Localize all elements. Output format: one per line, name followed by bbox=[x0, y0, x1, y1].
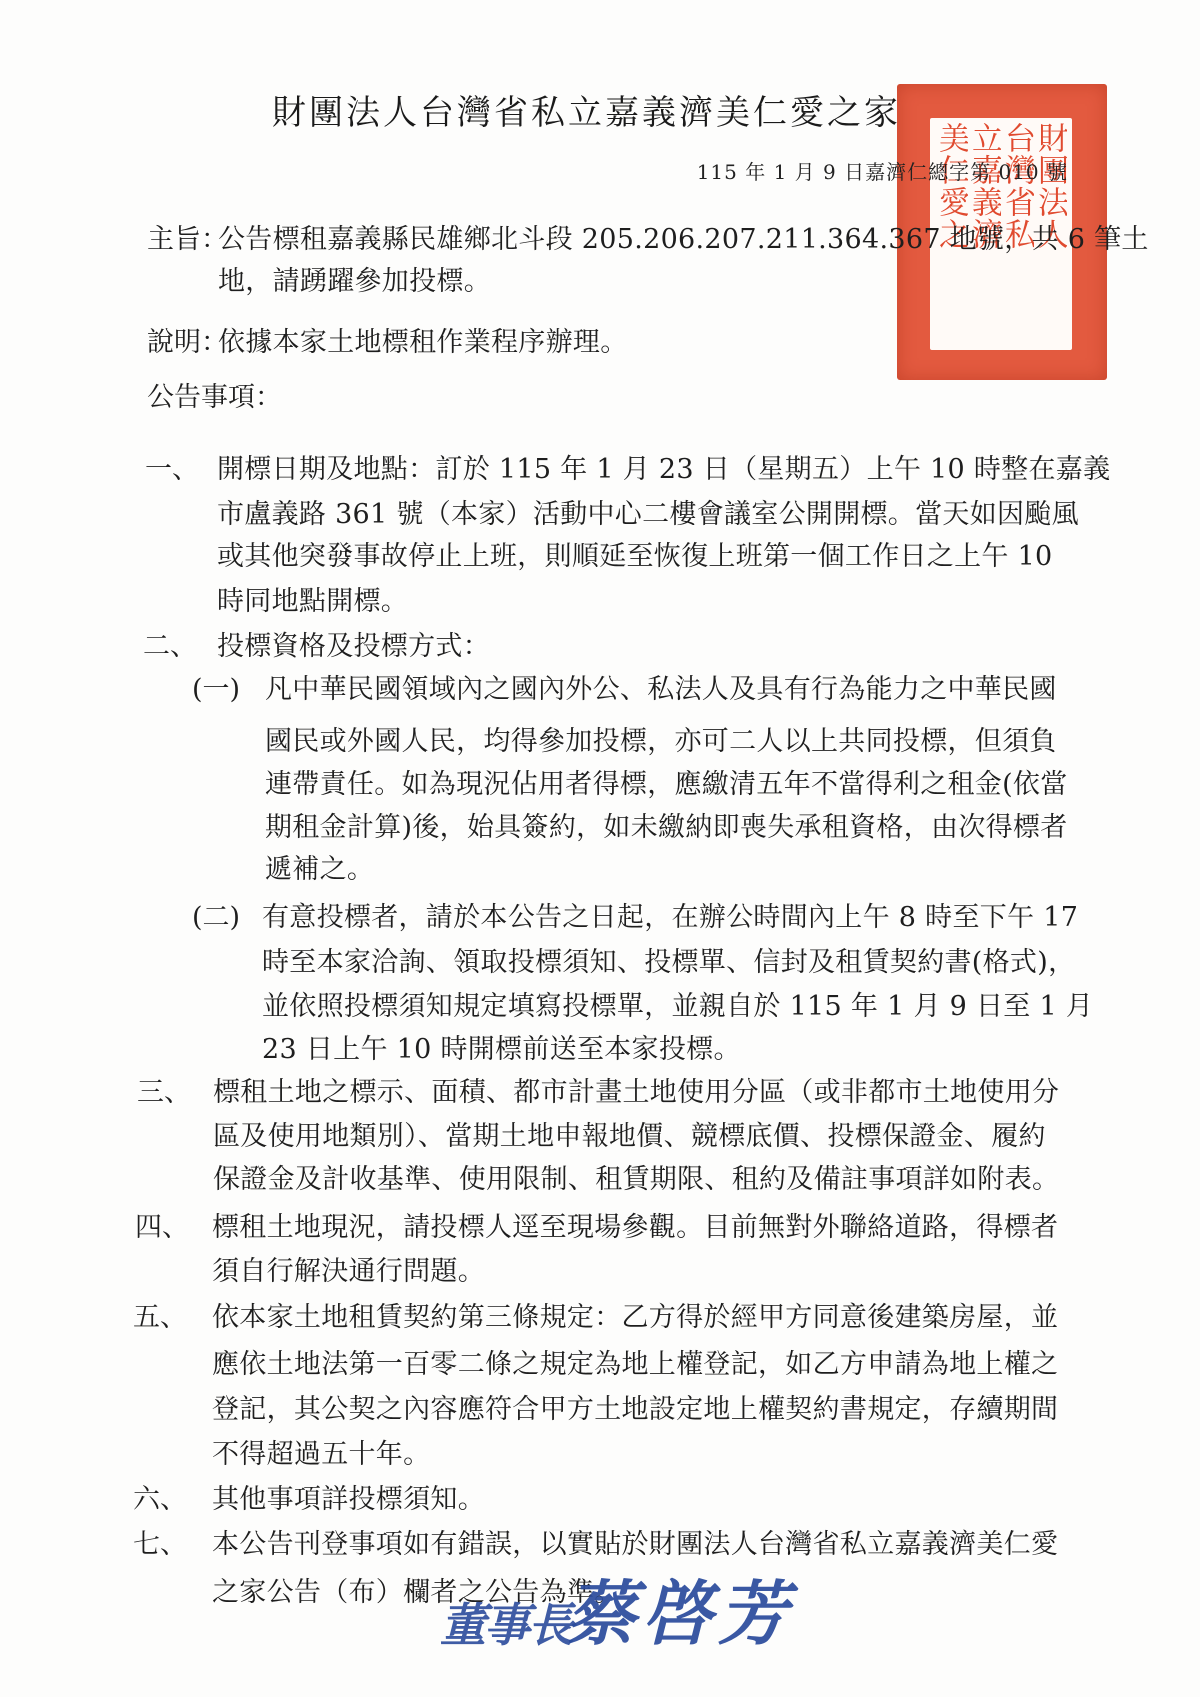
item-line: 依本家土地租賃契約第三條規定：乙方得於經甲方同意後建築房屋，並 bbox=[212, 1301, 1058, 1335]
item-line: 或其他突發事故停止上班，則順延至恢復上班第一個工作日之上午 10 bbox=[217, 540, 1053, 574]
notice-items-heading: 公告事項： bbox=[147, 381, 282, 415]
subject-line: 地，請踴躍參加投標。 bbox=[218, 265, 491, 299]
item-line: 標租土地之標示、面積、都市計畫土地使用分區（或非都市土地使用分 bbox=[213, 1076, 1059, 1110]
item-number: 二、 bbox=[143, 630, 197, 664]
item-number: 五、 bbox=[133, 1301, 187, 1335]
explanation-label: 說明： bbox=[147, 326, 228, 360]
subitem-line: 有意投標者，請於本公告之日起，在辦公時間內上午 8 時至下午 17 bbox=[262, 901, 1078, 935]
signature-title-chairman: 董事長 bbox=[440, 1597, 572, 1653]
subitem-line: 並依照投標須知規定填寫投標單，並親自於 115 年 1 月 9 日至 1 月 bbox=[262, 990, 1093, 1024]
subitem-line: 期租金計算)後，始具簽約，如未繳納即喪失承租資格，由次得標者 bbox=[265, 811, 1068, 845]
item-line: 保證金及計收基準、使用限制、租賃期限、租約及備註事項詳如附表。 bbox=[213, 1163, 1059, 1197]
item-number: 七、 bbox=[133, 1528, 187, 1562]
item-line: 應依土地法第一百零二條之規定為地上權登記，如乙方申請為地上權之 bbox=[212, 1348, 1058, 1382]
subitem-line: 23 日上午 10 時開標前送至本家投標。 bbox=[262, 1033, 741, 1067]
item-line: 本公告刊登事項如有錯誤，以實貼於財團法人台灣省私立嘉義濟美仁愛 bbox=[212, 1528, 1058, 1562]
subitem-line: 凡中華民國領域內之國內外公、私法人及具有行為能力之中華民國 bbox=[265, 673, 1057, 707]
subitem-line: 時至本家洽詢、領取投標須知、投標單、信封及租賃契約書(格式)， bbox=[262, 946, 1075, 980]
item-line: 市盧義路 361 號（本家）活動中心二樓會議室公開開標。當天如因颱風 bbox=[217, 498, 1079, 532]
notice-title: 財團法人台灣省私立嘉義濟美仁愛之家公告 bbox=[272, 92, 975, 134]
signature-name: 蔡啓芳 bbox=[566, 1572, 794, 1656]
subitem-number: (二) bbox=[192, 901, 240, 935]
item-line: 時同地點開標。 bbox=[217, 585, 408, 619]
subject-line: 公告標租嘉義縣民雄鄉北斗段 205.206.207.211.364.367 地號… bbox=[218, 223, 1149, 257]
subject-label: 主旨： bbox=[147, 223, 228, 257]
item-line: 不得超過五十年。 bbox=[212, 1438, 430, 1472]
item-line: 標租土地現況，請投標人逕至現場參觀。目前無對外聯絡道路，得標者 bbox=[212, 1211, 1058, 1245]
subitem-number: (一) bbox=[192, 673, 240, 707]
item-line: 開標日期及地點：訂於 115 年 1 月 23 日（星期五）上午 10 時整在嘉… bbox=[217, 453, 1110, 487]
subitem-line: 國民或外國人民，均得參加投標，亦可二人以上共同投標，但須負 bbox=[265, 725, 1057, 759]
subitem-line: 連帶責任。如為現況佔用者得標，應繳清五年不當得利之租金(依當 bbox=[265, 768, 1068, 802]
document-number: 115 年 1 月 9 日嘉濟仁總字第 010 號 bbox=[697, 158, 1068, 186]
item-number: 一、 bbox=[145, 453, 199, 487]
item-line: 其他事項詳投標須知。 bbox=[212, 1483, 485, 1517]
item-number: 六、 bbox=[133, 1483, 187, 1517]
item-number: 三、 bbox=[137, 1076, 191, 1110]
item-number: 四、 bbox=[135, 1211, 189, 1245]
item-line: 投標資格及投標方式： bbox=[217, 630, 490, 664]
explanation-text: 依據本家土地標租作業程序辦理。 bbox=[218, 326, 628, 360]
item-line: 須自行解決通行問題。 bbox=[212, 1255, 485, 1289]
subitem-line: 遞補之。 bbox=[265, 853, 374, 887]
item-line: 登記，其公契之內容應符合甲方土地設定地上權契約書規定，存續期間 bbox=[212, 1393, 1058, 1427]
item-line: 區及使用地類別）、當期土地申報地價、競標底價、投標保證金、履約 bbox=[213, 1120, 1046, 1154]
